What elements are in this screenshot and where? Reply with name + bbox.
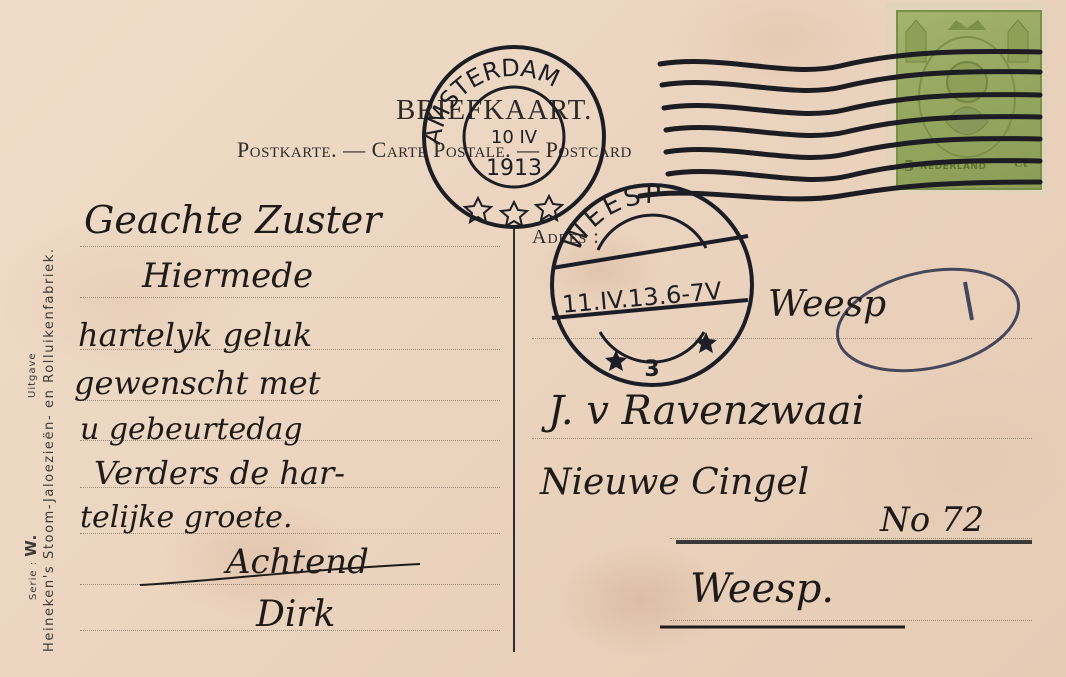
address-street: Nieuwe Cingel [540,462,809,503]
message-line: Hiermede [142,256,313,296]
svg-text:WEESP: WEESP [558,180,664,256]
address-line-1: Weesp [768,284,886,325]
message-line: telijke groete. [80,500,292,535]
message-line: Geachte Zuster [84,198,381,242]
message-line: u gebeurtedag [80,412,303,447]
address-number: No 72 [880,500,984,540]
weesp-postmark: WEESP 11.IV.13.6-7V 3 [552,180,752,385]
message-signoff: Achtend [226,542,369,582]
svg-text:3: 3 [644,357,659,382]
wavy-cancel-lines [640,52,1040,199]
svg-text:1913: 1913 [486,156,542,181]
message-line: Verders de har- [94,454,345,492]
address-city: Weesp. [690,566,834,612]
address-recipient: J. v Ravenzwaai [548,388,864,434]
amsterdam-postmark: AMSTERDAM 10 IV 1913 [418,47,604,227]
message-line: gewenscht met [74,364,320,402]
message-line: hartelyk geluk [78,316,312,354]
postcard: Heineken's Stoom-Jaloezieën- en Rolluike… [0,0,1066,677]
svg-text:11.IV.13.6-7V: 11.IV.13.6-7V [561,277,723,319]
svg-text:10 IV: 10 IV [491,127,538,148]
message-signature: Dirk [256,594,335,635]
